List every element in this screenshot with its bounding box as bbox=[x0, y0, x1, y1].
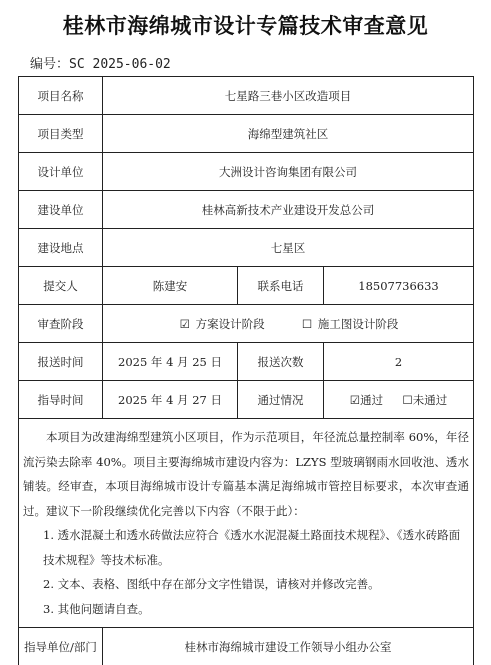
construction-unit-value: 桂林高新技术产业建设开发总公司 bbox=[103, 191, 474, 229]
phone-value: 18507736633 bbox=[324, 267, 474, 305]
opinion-item-2: 2. 文本、表格、图纸中存在部分文字性错误，请核对并修改完善。 bbox=[23, 572, 469, 597]
option-construction-drawing: 施工图设计阶段 bbox=[318, 317, 399, 331]
document-code: 编号：SC 2025-06-02 bbox=[30, 53, 171, 72]
row-construction-unit: 建设单位 桂林高新技术产业建设开发总公司 bbox=[19, 191, 474, 229]
phone-label: 联系电话 bbox=[238, 267, 324, 305]
row-guide-unit: 指导单位/部门 桂林市海绵城市建设工作领导小组办公室 bbox=[19, 628, 474, 665]
row-submit-time: 报送时间 2025 年 4 月 25 日 报送次数 2 bbox=[19, 343, 474, 381]
submitter-label: 提交人 bbox=[19, 267, 103, 305]
checkbox-checked-icon[interactable]: ☑ bbox=[180, 317, 190, 331]
construction-unit-label: 建设单位 bbox=[19, 191, 103, 229]
checkbox-checked-icon[interactable]: ☑ bbox=[350, 393, 360, 407]
submit-count-value: 2 bbox=[324, 343, 474, 381]
opinion-item-1: 1. 透水混凝土和透水砖做法应符合《透水水泥混凝土路面技术规程》、《透水砖路面技… bbox=[23, 523, 469, 572]
checkbox-unchecked-icon[interactable]: ☐ bbox=[402, 393, 412, 407]
project-type-label: 项目类型 bbox=[19, 115, 103, 153]
opinion-cell: 本项目为改建海绵型建筑小区项目，作为示范项目，年径流总量控制率 60%，年径流污… bbox=[19, 419, 474, 628]
submit-time-label: 报送时间 bbox=[19, 343, 103, 381]
design-unit-label: 设计单位 bbox=[19, 153, 103, 191]
row-submitter: 提交人 陈建安 联系电话 18507736633 bbox=[19, 267, 474, 305]
review-stage-label: 审查阶段 bbox=[19, 305, 103, 343]
row-location: 建设地点 七星区 bbox=[19, 229, 474, 267]
row-design-unit: 设计单位 大洲设计咨询集团有限公司 bbox=[19, 153, 474, 191]
submitter-value: 陈建安 bbox=[103, 267, 238, 305]
project-name-value: 七星路三巷小区改造项目 bbox=[103, 77, 474, 115]
pass-status-label: 通过情况 bbox=[238, 381, 324, 419]
submit-time-value: 2025 年 4 月 25 日 bbox=[103, 343, 238, 381]
code-label: 编号： bbox=[30, 57, 69, 72]
code-value: SC 2025-06-02 bbox=[69, 57, 171, 72]
opinion-item-3: 3. 其他问题请自查。 bbox=[23, 597, 469, 622]
row-opinion: 本项目为改建海绵型建筑小区项目，作为示范项目，年径流总量控制率 60%，年径流污… bbox=[19, 419, 474, 628]
guide-unit-value: 桂林市海绵城市建设工作领导小组办公室 bbox=[103, 628, 474, 665]
submit-count-label: 报送次数 bbox=[238, 343, 324, 381]
design-unit-value: 大洲设计咨询集团有限公司 bbox=[103, 153, 474, 191]
row-review-stage: 审查阶段 ☑ 方案设计阶段 ☐ 施工图设计阶段 bbox=[19, 305, 474, 343]
guide-unit-label: 指导单位/部门 bbox=[19, 628, 103, 665]
option-fail: 未通过 bbox=[413, 393, 448, 407]
opinion-paragraph: 本项目为改建海绵型建筑小区项目，作为示范项目，年径流总量控制率 60%，年径流污… bbox=[23, 425, 469, 523]
option-scheme-design: 方案设计阶段 bbox=[196, 317, 265, 331]
option-pass: 通过 bbox=[360, 393, 383, 407]
guide-time-value: 2025 年 4 月 27 日 bbox=[103, 381, 238, 419]
row-project-name: 项目名称 七星路三巷小区改造项目 bbox=[19, 77, 474, 115]
project-name-label: 项目名称 bbox=[19, 77, 103, 115]
row-guide-time: 指导时间 2025 年 4 月 27 日 通过情况 ☑通过 ☐未通过 bbox=[19, 381, 474, 419]
project-type-value: 海绵型建筑社区 bbox=[103, 115, 474, 153]
checkbox-unchecked-icon[interactable]: ☐ bbox=[302, 317, 312, 331]
row-project-type: 项目类型 海绵型建筑社区 bbox=[19, 115, 474, 153]
pass-status-options: ☑通过 ☐未通过 bbox=[324, 381, 474, 419]
location-label: 建设地点 bbox=[19, 229, 103, 267]
location-value: 七星区 bbox=[103, 229, 474, 267]
guide-time-label: 指导时间 bbox=[19, 381, 103, 419]
document-title: 桂林市海绵城市设计专篇技术审查意见 bbox=[0, 10, 491, 40]
review-form-table: 项目名称 七星路三巷小区改造项目 项目类型 海绵型建筑社区 设计单位 大洲设计咨… bbox=[18, 76, 474, 665]
review-stage-options: ☑ 方案设计阶段 ☐ 施工图设计阶段 bbox=[103, 305, 474, 343]
